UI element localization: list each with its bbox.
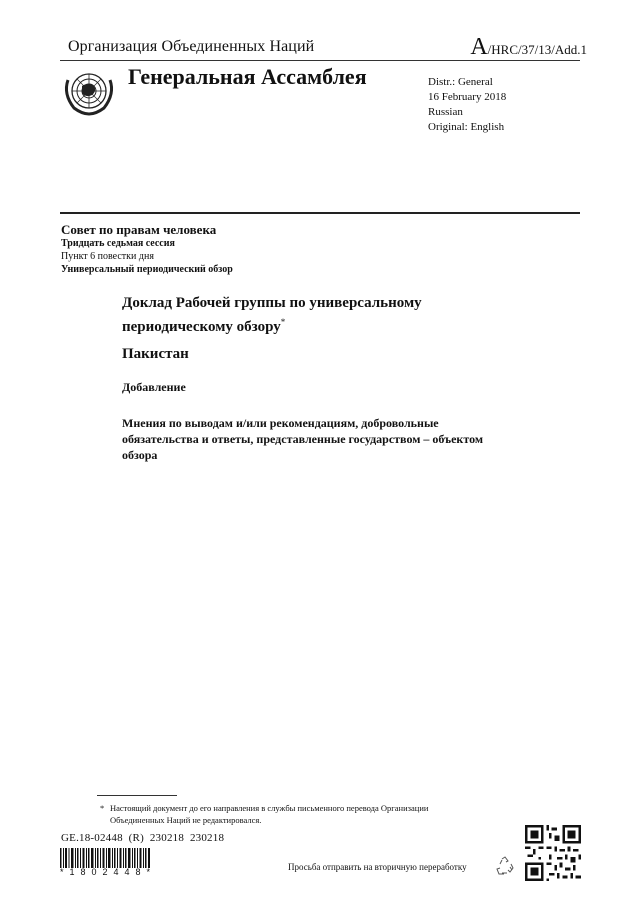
organization-name: Организация Объединенных Наций xyxy=(68,38,314,56)
recycle-icon xyxy=(494,855,516,877)
distribution-block: Distr.: General 16 February 2018 Russian… xyxy=(428,75,506,135)
distribution-type: Distr.: General xyxy=(428,75,506,90)
subject-line-2: обязательства и ответы, представленные г… xyxy=(122,431,522,447)
footnote-marker[interactable]: * xyxy=(281,317,286,327)
header-rule xyxy=(60,60,580,61)
barcode-icon xyxy=(60,848,150,868)
country-name: Пакистан xyxy=(122,346,189,363)
council-name: Совет по правам человека xyxy=(61,222,216,238)
footnote-mark: * xyxy=(100,802,104,814)
report-title-line1: Доклад Рабочей группы по универсальному xyxy=(122,294,482,313)
footnote: * Настоящий документ до его направления … xyxy=(110,802,510,826)
original-language: Original: English xyxy=(428,120,506,135)
section-rule xyxy=(60,212,580,214)
agenda-item: Пункт 6 повестки дня xyxy=(61,251,154,262)
subject-heading: Мнения по выводам и/или рекомендациям, д… xyxy=(122,415,522,463)
subject-line-3: обзора xyxy=(122,447,522,463)
symbol-rest: /HRC/37/13/Add.1 xyxy=(488,42,587,57)
footnote-rule xyxy=(97,795,177,796)
session-name: Тридцать седьмая сессия xyxy=(61,238,175,249)
un-emblem-icon xyxy=(60,64,118,120)
recycle-text: Просьба отправить на вторичную переработ… xyxy=(288,862,467,872)
symbol-prefix: A xyxy=(470,34,487,60)
review-name: Универсальный периодический обзор xyxy=(61,264,233,275)
addendum-label: Добавление xyxy=(122,380,186,395)
footnote-line2: Объединенных Наций не редактировался. xyxy=(110,814,510,826)
ge-code: GE.18-02448 (R) 230218 230218 xyxy=(61,832,224,844)
distribution-language: Russian xyxy=(428,105,506,120)
qr-code-icon xyxy=(525,825,581,881)
footnote-line1: Настоящий документ до его направления в … xyxy=(110,802,510,814)
document-symbol: A/HRC/37/13/Add.1 xyxy=(470,34,587,61)
assembly-name: Генеральная Ассамблея xyxy=(128,64,367,90)
report-title: Доклад Рабочей группы по универсальному … xyxy=(122,294,482,337)
report-title-line2: периодическому обзору xyxy=(122,319,281,335)
barcode-number: *1802448* xyxy=(60,867,156,877)
distribution-date: 16 February 2018 xyxy=(428,90,506,105)
subject-line-1: Мнения по выводам и/или рекомендациям, д… xyxy=(122,415,522,431)
